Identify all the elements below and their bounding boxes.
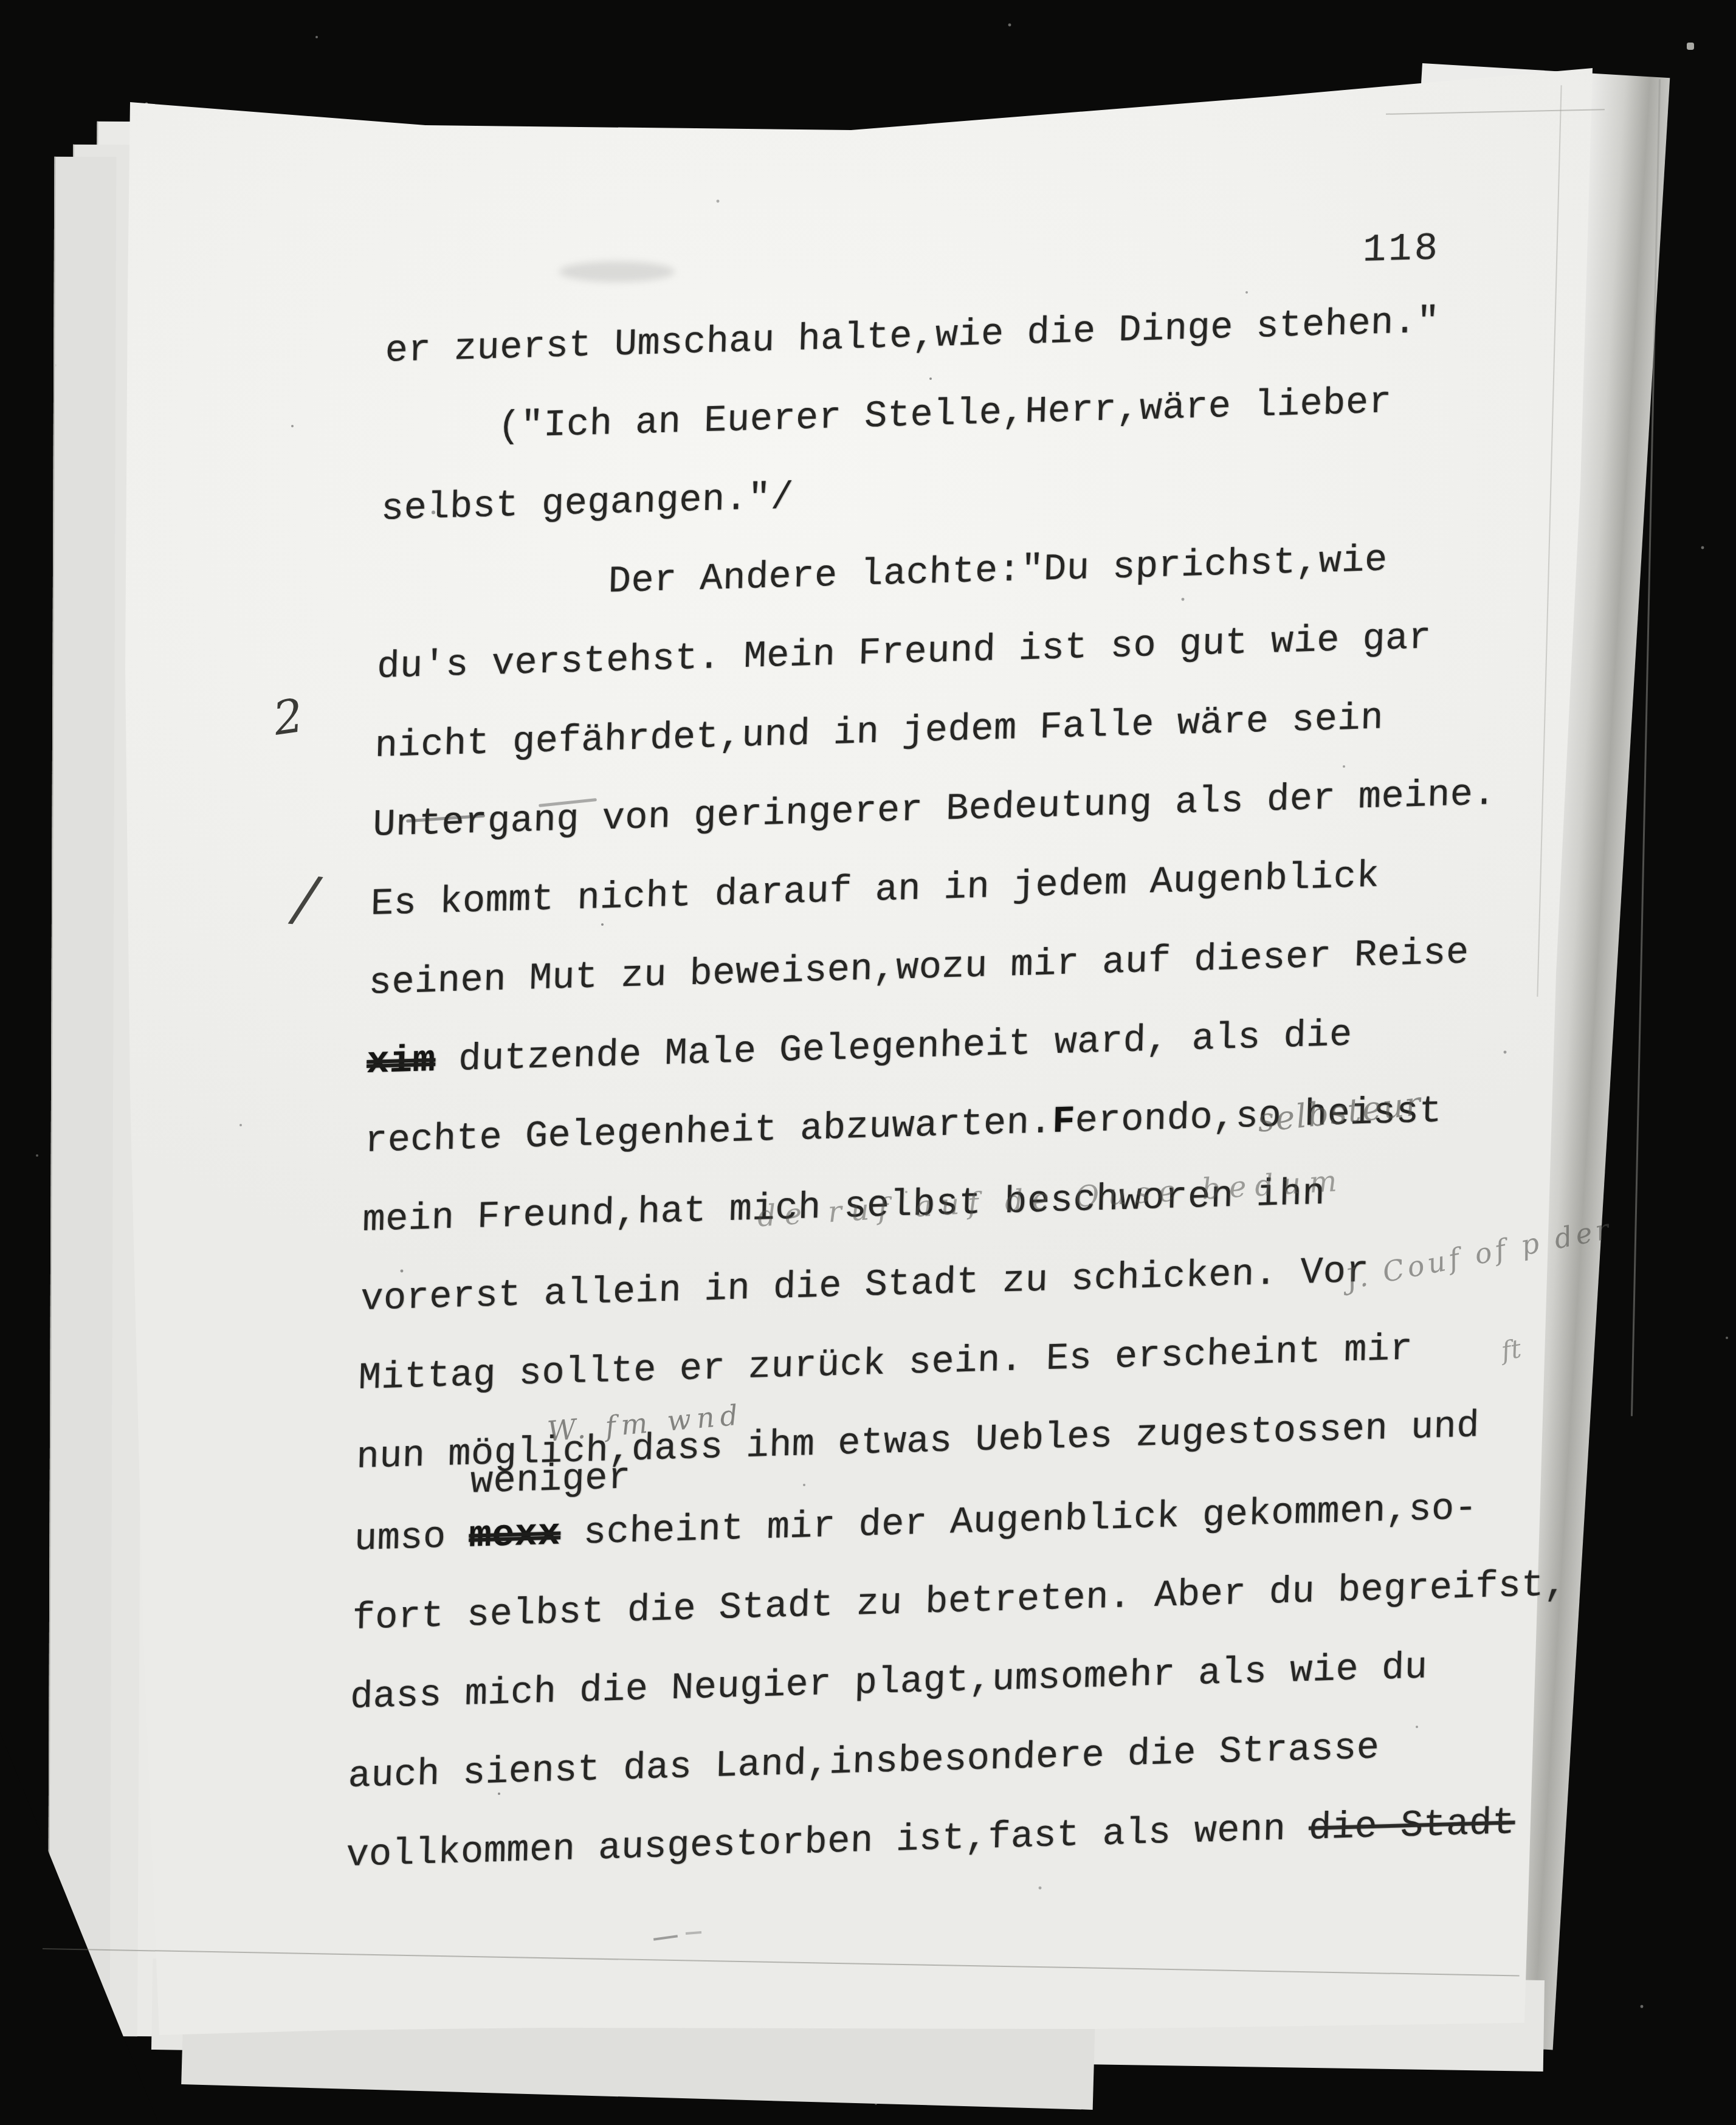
typed-segment-over: mexx bbox=[468, 1512, 561, 1557]
page-number: 118 bbox=[1362, 218, 1441, 299]
typed-segment-over: xim bbox=[366, 1039, 436, 1084]
typed-segment-bold: F bbox=[1052, 1100, 1076, 1143]
dust-specks-page bbox=[0, 0, 1, 1]
typed-segment: selbst gegangen."/ bbox=[381, 476, 794, 531]
typed-segment: rechte Gelegenheit abzuwarten. bbox=[364, 1100, 1053, 1163]
under-sheet-left-3 bbox=[48, 157, 117, 2034]
typed-lines: er zuerst Umschau halte,wie die Dinge st… bbox=[345, 284, 1693, 1904]
typed-text-block: 118 er zuerst Umschau halte,wie die Ding… bbox=[345, 284, 1693, 1904]
typed-segment: weniger bbox=[355, 1456, 631, 1507]
scanned-typescript-photo: 118 er zuerst Umschau halte,wie die Ding… bbox=[0, 0, 1736, 2125]
typed-segment-strike: die Stadt bbox=[1308, 1801, 1515, 1850]
typed-segment: umso bbox=[354, 1515, 469, 1561]
ink-smudge bbox=[559, 261, 675, 282]
